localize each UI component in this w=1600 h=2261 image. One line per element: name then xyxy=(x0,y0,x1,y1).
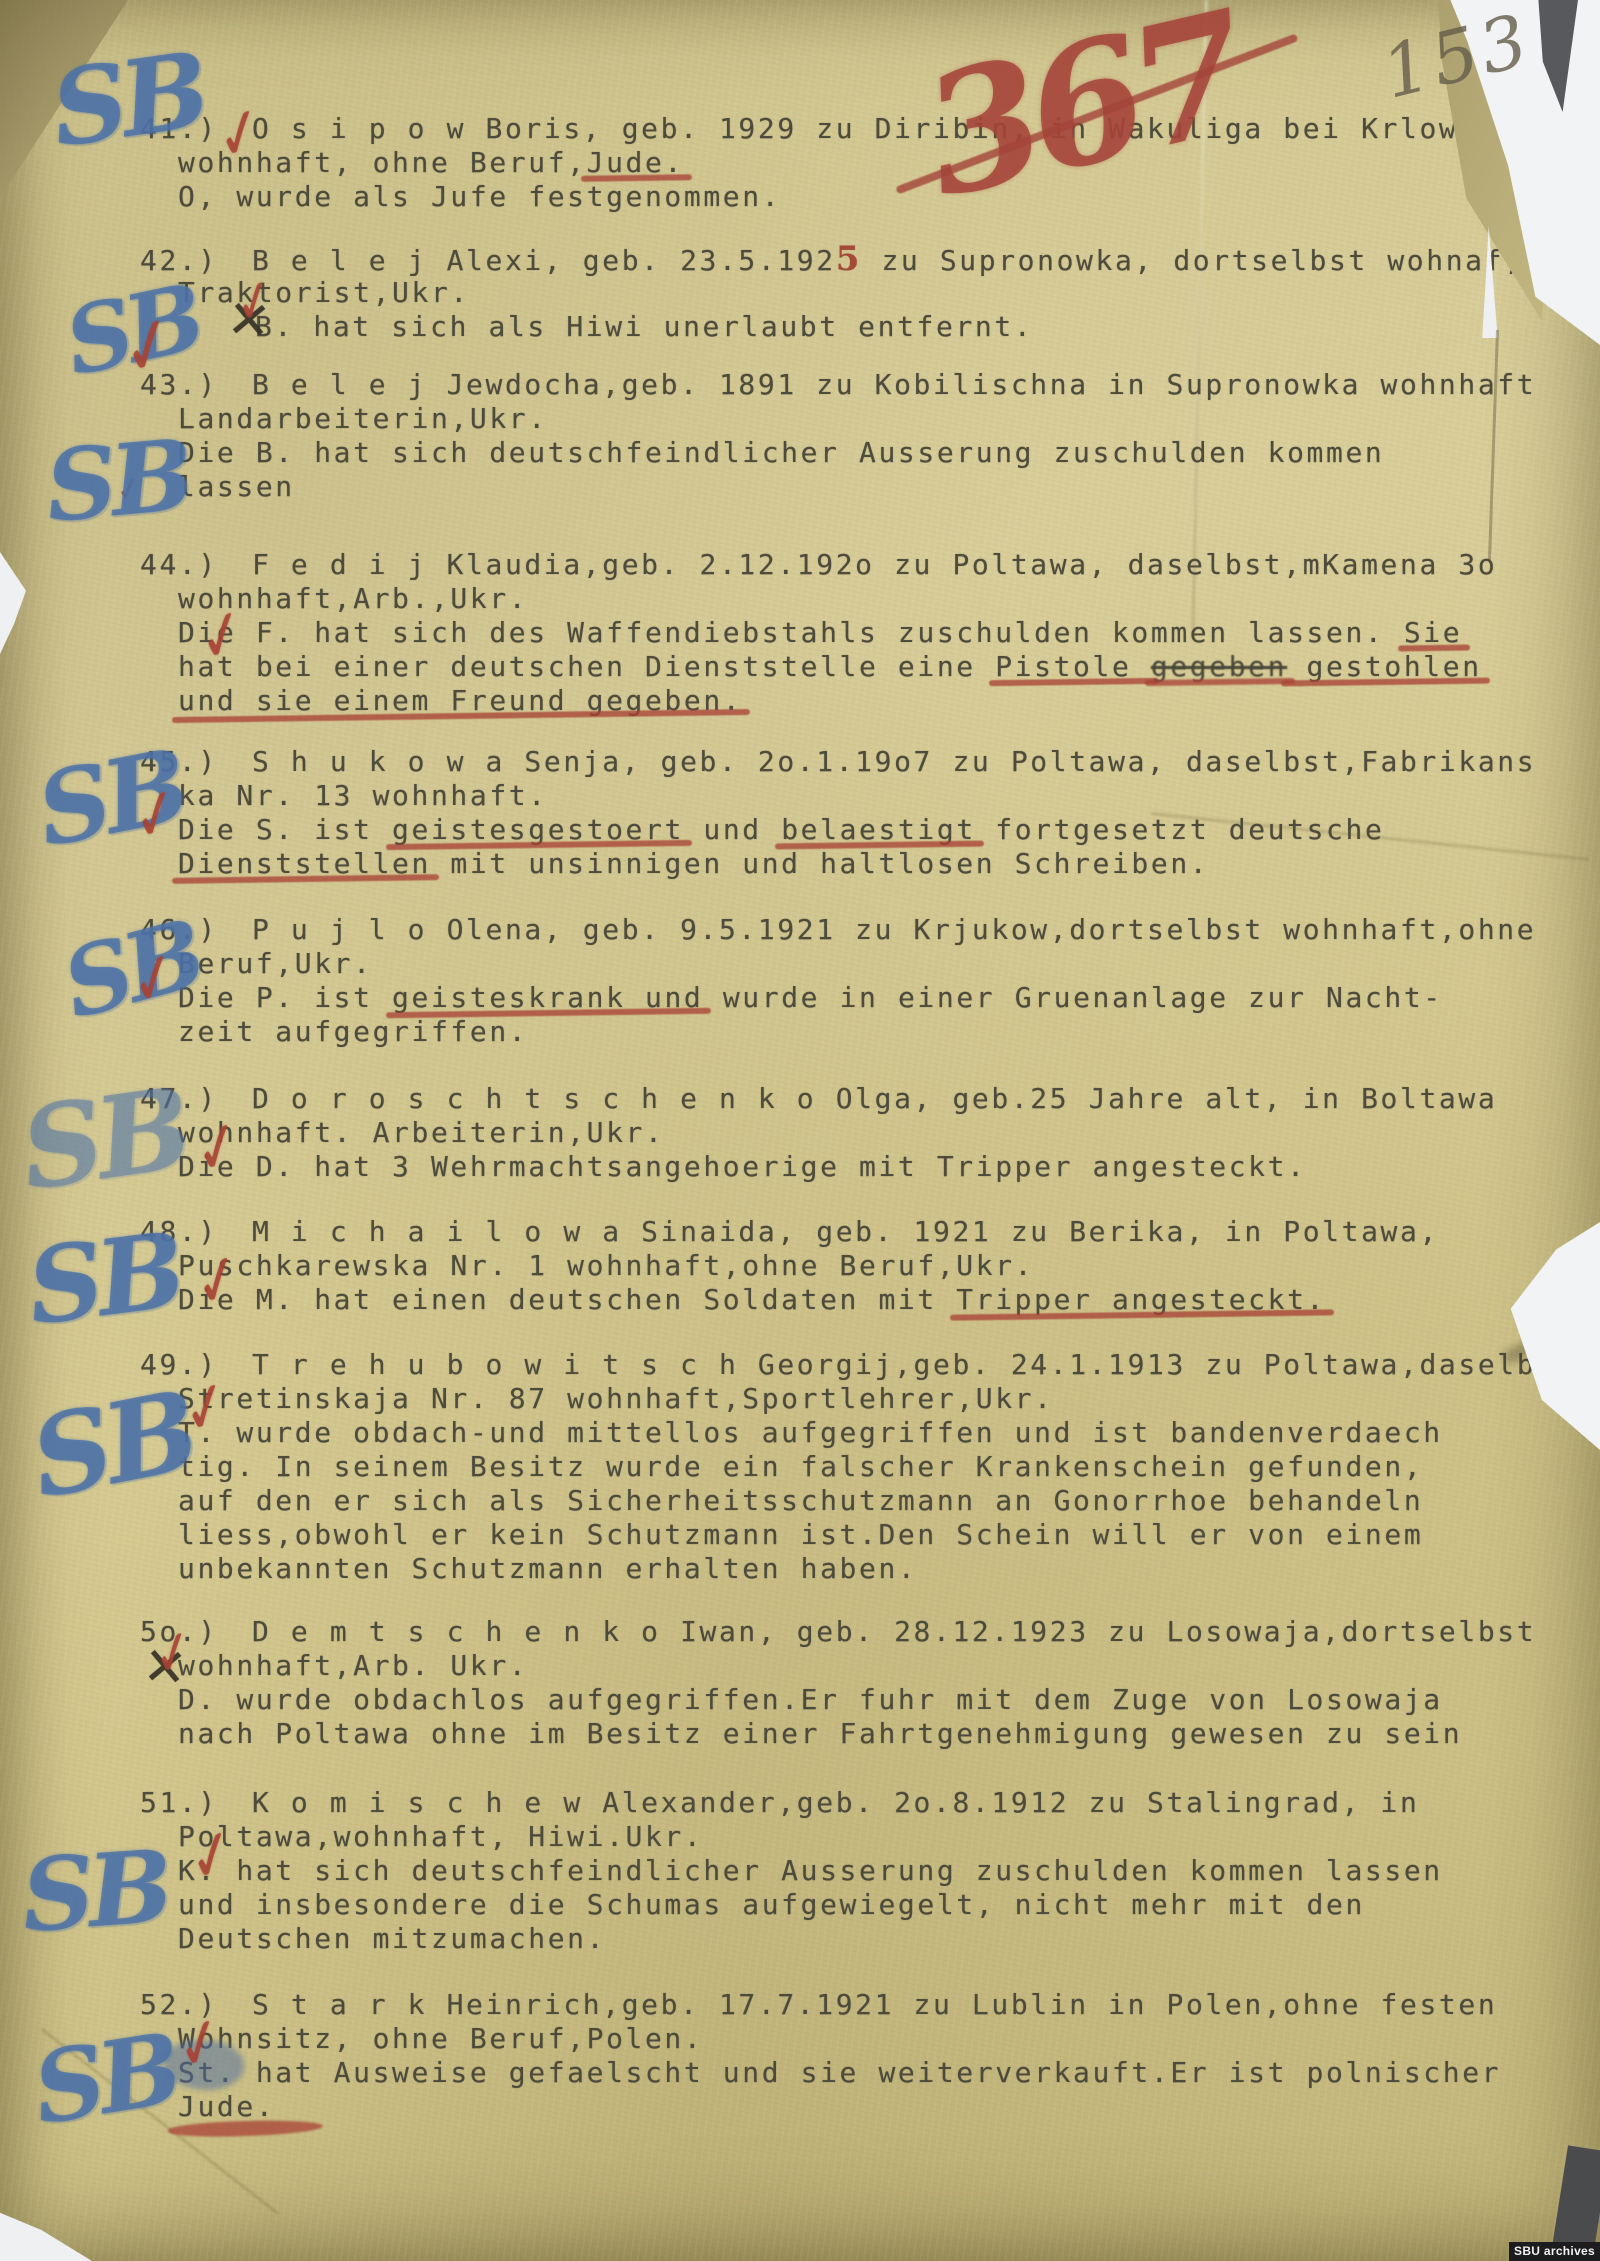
text-segment: O, wurde als Jufe festgenommen. xyxy=(178,180,781,214)
typed-line: auf den er sich als Sicherheitsschutzman… xyxy=(178,1484,1570,1518)
text-segment: Dienststellen xyxy=(178,847,431,881)
typed-line: Beruf,Ukr. xyxy=(178,947,1570,981)
typed-line: und sie einem Freund gegeben. xyxy=(178,684,1570,718)
typed-line: T. wurde obdach-und mittellos aufgegriff… xyxy=(178,1416,1570,1450)
text-segment: Die F. hat sich des Waffendiebstahls zus… xyxy=(178,616,1404,650)
typed-line: tig. In seinem Besitz wurde ein falscher… xyxy=(178,1450,1570,1484)
typed-line: hat bei einer deutschen Dienststelle ein… xyxy=(178,650,1570,684)
text-segment: zeit aufgegriffen. xyxy=(178,1015,528,1049)
text-segment: D. wurde obdachlos aufgegriffen.Er fuhr … xyxy=(178,1683,1443,1717)
text-segment: lassen xyxy=(178,470,295,504)
typed-line: 46.)P u j l o Olena, geb. 9.5.1921 zu Kr… xyxy=(140,913,1570,947)
document-page: SB✓41.)O s i p o w Boris, geb. 1929 zu D… xyxy=(0,0,1600,2261)
typed-line: K. hat sich deutschfeindlicher Ausserung… xyxy=(178,1854,1570,1888)
typed-line: Die P. ist geisteskrank und wurde in ein… xyxy=(178,981,1570,1015)
text-segment: unbekannten Schutzmann erhalten haben. xyxy=(178,1552,917,1586)
entries: SB✓41.)O s i p o w Boris, geb. 1929 zu D… xyxy=(0,0,1600,2261)
text-segment: hat bei einer deutschen Dienststelle ein… xyxy=(178,650,995,684)
typed-line: wohnhaft,Arb.,Ukr. xyxy=(178,582,1570,616)
text-segment: K o m i s c h e w Alexander,geb. 2o.8.19… xyxy=(252,1786,1419,1820)
entry-50: ✕✓5o.)D e m t s c h e n k o Iwan, geb. 2… xyxy=(140,1615,1570,1751)
text-segment: D o r o s c h t s c h e n k o Olga, geb.… xyxy=(252,1082,1497,1116)
typed-line: nach Poltawa ohne im Besitz einer Fahrtg… xyxy=(178,1717,1570,1751)
sb-classification-mark: SB xyxy=(18,1827,171,1955)
text-segment: fortgesetzt deutsche xyxy=(976,813,1385,847)
typed-line: Traktorist,Ukr. xyxy=(178,276,1570,310)
typed-line: lassen xyxy=(178,470,1570,504)
sb-classification-mark: SB xyxy=(21,1208,186,1348)
entry-42: ✕✓42.)B e l e j Alexi, geb. 23.5.1925 zu… xyxy=(140,242,1570,344)
sb-classification-mark: SB xyxy=(21,1366,203,1523)
typed-line: Wohnsitz, ohne Beruf,Polen. xyxy=(178,2022,1570,2056)
text-segment: und sie einem Freund gegeben. xyxy=(178,684,742,718)
text-segment: Sie xyxy=(1404,616,1462,650)
typed-line: Deutschen mitzumachen. xyxy=(178,1922,1570,1956)
typed-line: Landarbeiterin,Ukr. xyxy=(178,402,1570,436)
entry-52: SB✓52.)S t a r k Heinrich,geb. 17.7.1921… xyxy=(140,1988,1570,2124)
entry-number: 44.) xyxy=(140,548,252,582)
text-segment: Traktorist,Ukr. xyxy=(178,276,470,310)
text-segment: Die S. ist xyxy=(178,813,392,847)
typed-line: Dienststellen mit unsinnigen und haltlos… xyxy=(178,847,1570,881)
sb-classification-mark: SB xyxy=(26,2012,184,2148)
sb-classification-mark: SB xyxy=(14,1063,194,1215)
text-segment: und xyxy=(684,813,781,847)
text-segment: Deutschen mitzumachen. xyxy=(178,1922,606,1956)
text-segment: liess,obwohl er kein Schutzmann ist.Den … xyxy=(178,1518,1423,1552)
typed-line: St. hat Ausweise gefaelscht und sie weit… xyxy=(178,2056,1570,2090)
text-segment: 5 xyxy=(836,242,862,276)
typed-line: 5o.)D e m t s c h e n k o Iwan, geb. 28.… xyxy=(140,1615,1570,1649)
typed-line: liess,obwohl er kein Schutzmann ist.Den … xyxy=(178,1518,1570,1552)
typed-line: unbekannten Schutzmann erhalten haben. xyxy=(178,1552,1570,1586)
text-segment: ka Nr. 13 wohnhaft. xyxy=(178,779,548,813)
entry-44: SB✓44.)F e d i j Klaudia,geb. 2.12.192o … xyxy=(140,548,1570,718)
entry-45: SB✓45.)S h u k o w a Senja, geb. 2o.1.19… xyxy=(140,745,1570,881)
text-segment: Die D. hat 3 Wehrmachtsangehoerige mit T… xyxy=(178,1150,1307,1184)
typed-line: 52.)S t a r k Heinrich,geb. 17.7.1921 zu… xyxy=(140,1988,1570,2022)
text-segment: Die P. ist xyxy=(178,981,392,1015)
text-segment: auf den er sich als Sicherheitsschutzman… xyxy=(178,1484,1423,1518)
entry-41: SB✓41.)O s i p o w Boris, geb. 1929 zu D… xyxy=(140,112,1570,214)
typed-line: wohnhaft, ohne Beruf,Jude. xyxy=(178,146,1570,180)
text-segment: B. hat sich als Hiwi unerlaubt entfernt. xyxy=(255,310,1033,344)
text-segment: gestohlen xyxy=(1287,650,1482,684)
typed-line: Die F. hat sich des Waffendiebstahls zus… xyxy=(178,616,1570,650)
typed-line: 44.)F e d i j Klaudia,geb. 2.12.192o zu … xyxy=(140,548,1570,582)
text-segment: Tripper angesteckt. xyxy=(956,1283,1326,1317)
typed-line: wohnhaft. Arbeiterin,Ukr. xyxy=(178,1116,1570,1150)
typed-line: B. hat sich als Hiwi unerlaubt entfernt. xyxy=(255,310,1570,344)
text-segment: tig. In seinem Besitz wurde ein falscher… xyxy=(178,1450,1423,1484)
archive-watermark: SBU archives xyxy=(1509,2242,1600,2261)
typed-line: ka Nr. 13 wohnhaft. xyxy=(178,779,1570,813)
typed-line: 42.)B e l e j Alexi, geb. 23.5.1925 zu S… xyxy=(140,242,1570,276)
typed-line: 48.)M i c h a i l o w a Sinaida, geb. 19… xyxy=(140,1215,1570,1249)
typed-line: zeit aufgegriffen. xyxy=(178,1015,1570,1049)
text-segment: O s i p o w Boris, geb. 1929 zu Diribin,… xyxy=(252,112,1497,146)
text-segment: D e m t s c h e n k o Iwan, geb. 28.12.1… xyxy=(252,1615,1536,1649)
text-segment: B e l e j Alexi, geb. 23.5.192 xyxy=(252,244,836,278)
typed-line: Die D. hat 3 Wehrmachtsangehoerige mit T… xyxy=(178,1150,1570,1184)
text-segment: wohnhaft. Arbeiterin,Ukr. xyxy=(178,1116,664,1150)
typed-line: und insbesondere die Schumas aufgewiegel… xyxy=(178,1888,1570,1922)
text-segment: Wohnsitz, ohne Beruf,Polen. xyxy=(178,2022,703,2056)
typed-line: O, wurde als Jufe festgenommen. xyxy=(178,180,1570,214)
text-segment: Jude. xyxy=(587,146,684,180)
typed-line: 43.)B e l e j Jewdocha,geb. 1891 zu Kobi… xyxy=(140,368,1570,402)
typed-line: Die S. ist geistesgestoert und belaestig… xyxy=(178,813,1570,847)
text-segment: Landarbeiterin,Ukr. xyxy=(178,402,548,436)
typed-line: Poltawa,wohnhaft, Hiwi.Ukr. xyxy=(178,1820,1570,1854)
text-segment: T r e h u b o w i t s c h Georgij,geb. 2… xyxy=(252,1348,1556,1382)
text-segment: wurde in einer Gruenanlage zur Nacht- xyxy=(703,981,1442,1015)
typed-line: Die M. hat einen deutschen Soldaten mit … xyxy=(178,1283,1570,1317)
entry-43: SB✓✓43.)B e l e j Jewdocha,geb. 1891 zu … xyxy=(140,368,1570,504)
text-segment: T. wurde obdach-und mittellos aufgegriff… xyxy=(178,1416,1443,1450)
text-segment: Jude. xyxy=(178,2090,275,2124)
typed-line: 45.)S h u k o w a Senja, geb. 2o.1.19o7 … xyxy=(140,745,1570,779)
typed-line: D. wurde obdachlos aufgegriffen.Er fuhr … xyxy=(178,1683,1570,1717)
entry-51: SB✓51.)K o m i s c h e w Alexander,geb. … xyxy=(140,1786,1570,1956)
text-segment: F e d i j Klaudia,geb. 2.12.192o zu Polt… xyxy=(252,548,1497,582)
entry-47: SB✓47.)D o r o s c h t s c h e n k o Olg… xyxy=(140,1082,1570,1184)
text-segment: S h u k o w a Senja, geb. 2o.1.19o7 zu P… xyxy=(252,745,1536,779)
text-segment: Beruf,Ukr. xyxy=(178,947,373,981)
typed-line: 47.)D o r o s c h t s c h e n k o Olga, … xyxy=(140,1082,1570,1116)
text-segment: Puschkarewska Nr. 1 wohnhaft,ohne Beruf,… xyxy=(178,1249,1034,1283)
sb-classification-mark: SB xyxy=(44,28,211,171)
text-segment: belaestigt xyxy=(781,813,976,847)
text-segment: K. hat sich deutschfeindlicher Ausserung… xyxy=(178,1854,1443,1888)
text-segment: nach Poltawa ohne im Besitz einer Fahrtg… xyxy=(178,1717,1462,1751)
text-segment: St. hat Ausweise gefaelscht und sie weit… xyxy=(178,2056,1501,2090)
typed-line: wohnhaft,Arb. Ukr. xyxy=(178,1649,1570,1683)
text-segment: mit unsinnigen und haltlosen Schreiben. xyxy=(431,847,1209,881)
text-segment: P u j l o Olena, geb. 9.5.1921 zu Krjuko… xyxy=(252,913,1536,947)
typed-line: 51.)K o m i s c h e w Alexander,geb. 2o.… xyxy=(140,1786,1570,1820)
text-segment: Poltawa,wohnhaft, Hiwi.Ukr. xyxy=(178,1820,703,1854)
text-segment: Pistole xyxy=(995,650,1151,684)
text-segment: wohnhaft,Arb. Ukr. xyxy=(178,1649,528,1683)
typed-line: Puschkarewska Nr. 1 wohnhaft,ohne Beruf,… xyxy=(178,1249,1570,1283)
text-segment: S t a r k Heinrich,geb. 17.7.1921 zu Lub… xyxy=(252,1988,1497,2022)
entry-46: SB✓46.)P u j l o Olena, geb. 9.5.1921 zu… xyxy=(140,913,1570,1049)
text-segment: M i c h a i l o w a Sinaida, geb. 1921 z… xyxy=(252,1215,1439,1249)
text-segment: zu Supronowka, dortselbst wohnaf, xyxy=(862,244,1524,278)
typed-line: Stretinskaja Nr. 87 wohnhaft,Sportlehrer… xyxy=(178,1382,1570,1416)
typed-line: 49.)T r e h u b o w i t s c h Georgij,ge… xyxy=(140,1348,1570,1382)
text-segment: Stretinskaja Nr. 87 wohnhaft,Sportlehrer… xyxy=(178,1382,1054,1416)
typed-line: Die B. hat sich deutschfeindlicher Ausse… xyxy=(178,436,1570,470)
typed-line: 41.)O s i p o w Boris, geb. 1929 zu Diri… xyxy=(140,112,1570,146)
text-segment: B e l e j Jewdocha,geb. 1891 zu Kobilisc… xyxy=(252,368,1536,402)
text-segment: geisteskrank und xyxy=(392,981,703,1015)
typed-line: Jude. xyxy=(178,2090,1570,2124)
entry-48: SB✓48.)M i c h a i l o w a Sinaida, geb.… xyxy=(140,1215,1570,1317)
entry-49: SB✓49.)T r e h u b o w i t s c h Georgij… xyxy=(140,1348,1570,1586)
text-segment: gegeben xyxy=(1151,650,1287,684)
text-segment: Die M. hat einen deutschen Soldaten mit xyxy=(178,1283,956,1317)
sb-classification-mark: SB xyxy=(41,418,192,545)
text-segment: Die B. hat sich deutschfeindlicher Ausse… xyxy=(178,436,1384,470)
text-segment: und insbesondere die Schumas aufgewiegel… xyxy=(178,1888,1365,1922)
text-segment: geistesgestoert xyxy=(392,813,684,847)
